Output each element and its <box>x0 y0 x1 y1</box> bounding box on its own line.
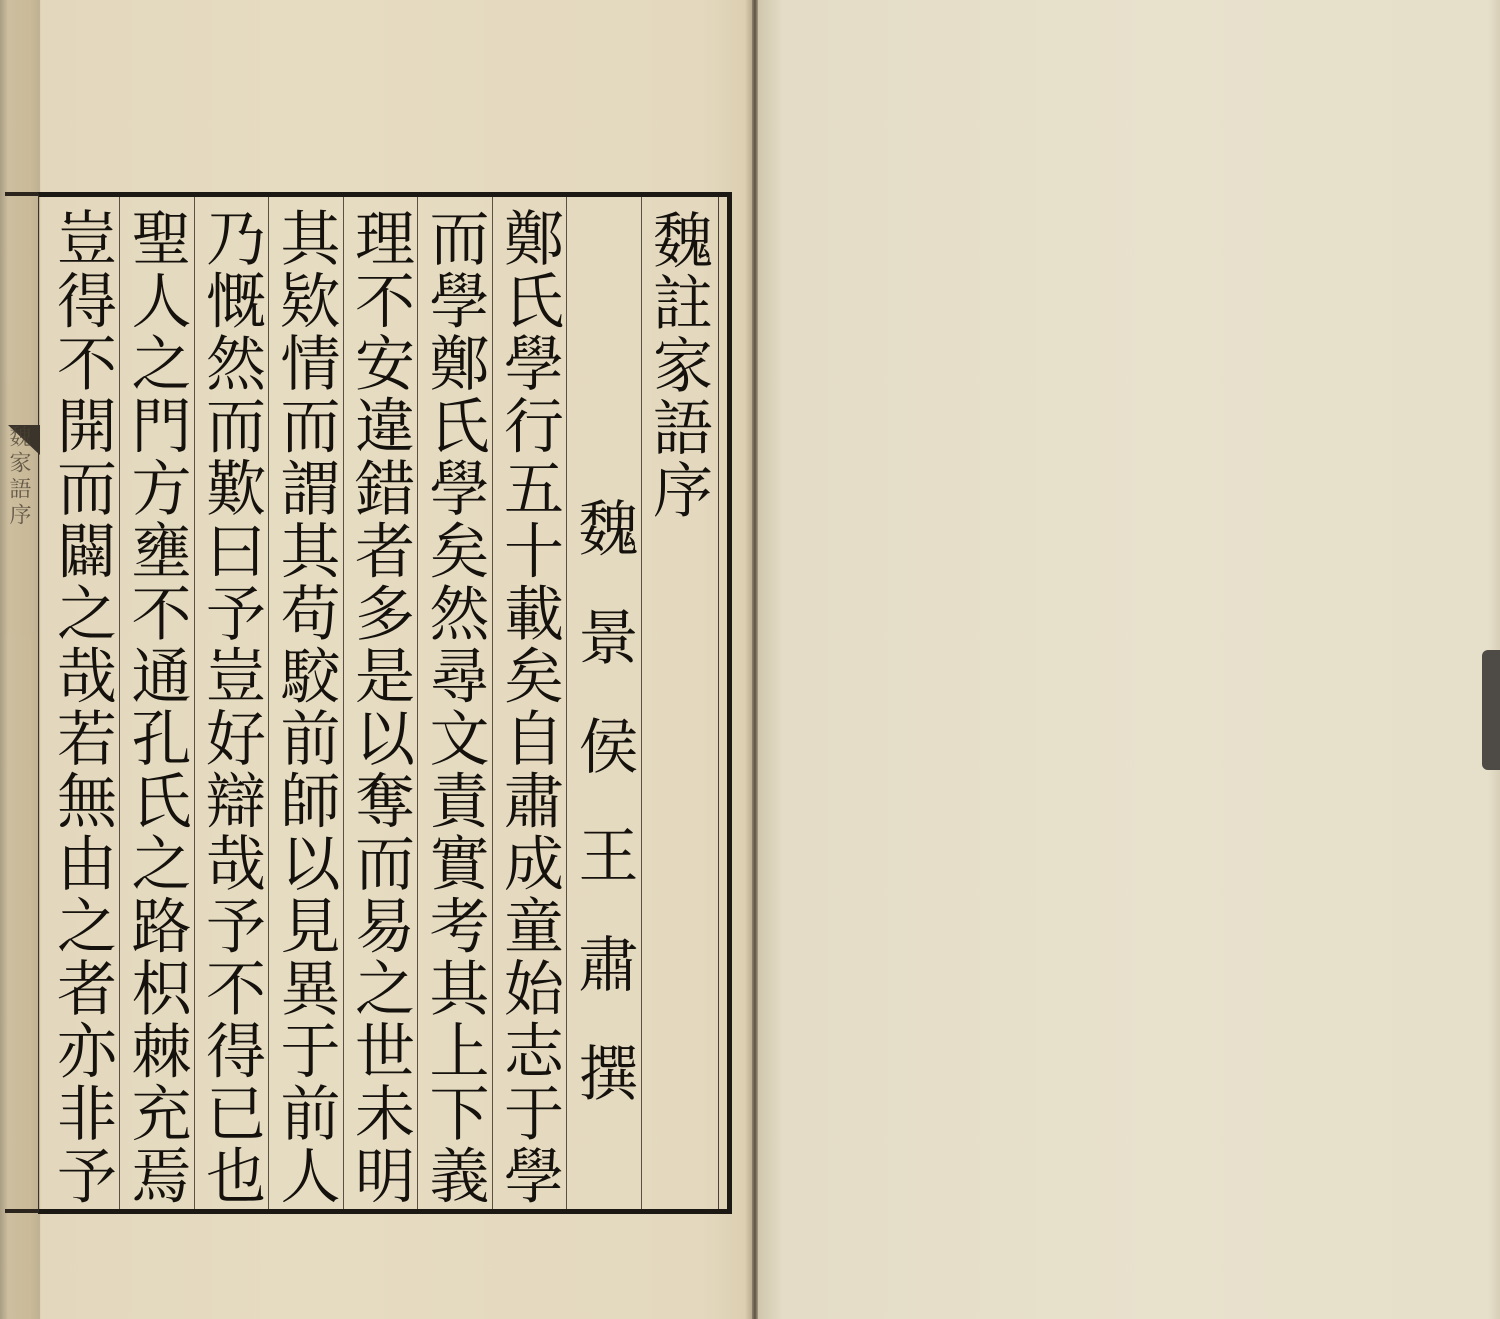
text-column: 其欵情而謂其苟駮前師以見異于前人 <box>269 207 343 1207</box>
spine-label: 魏家語序 <box>6 425 34 529</box>
text-columns: 魏註家語序 魏景侯王肅撰 鄭氏學行五十載矣自肅成童始志于學 而學鄭氏學矣然尋文責… <box>39 197 715 1209</box>
text-column: 聖人之門方壅不通孔氏之路枳棘充焉 <box>120 207 194 1207</box>
preface-title: 魏註家語序 <box>642 209 716 522</box>
text-column: 而學鄭氏學矣然尋文責實考其上下義 <box>418 207 492 1207</box>
frame-inner-rule <box>718 197 719 1209</box>
column-body: 乃慨然而歎曰予豈好辯哉予不得已也 <box>194 197 269 1209</box>
column-body: 鄭氏學行五十載矣自肅成童始志于學 <box>492 197 567 1209</box>
text-column: 乃慨然而歎曰予豈好辯哉予不得已也 <box>195 207 269 1207</box>
page-edge-tear <box>1482 650 1500 770</box>
column-body: 聖人之門方壅不通孔氏之路枳棘充焉 <box>119 197 194 1209</box>
spine-margin: 魏家語序 <box>0 0 40 1319</box>
text-column: 理不安違錯者多是以奪而易之世未明 <box>344 207 418 1207</box>
column-body: 理不安違錯者多是以奪而易之世未明 <box>343 197 418 1209</box>
frame-extension-top <box>5 192 40 196</box>
column-author: 魏景侯王肅撰 <box>566 197 641 1209</box>
book-spread: 魏家語序 魏註家語序 魏景侯王肅撰 鄭氏學行五十載矣自肅成童始志于學 而學鄭氏學… <box>0 0 1500 1319</box>
author-line: 魏景侯王肅撰 <box>567 497 641 1151</box>
text-frame: 魏註家語序 魏景侯王肅撰 鄭氏學行五十載矣自肅成童始志于學 而學鄭氏學矣然尋文責… <box>38 192 732 1214</box>
text-column: 鄭氏學行五十載矣自肅成童始志于學 <box>493 207 567 1207</box>
column-body: 其欵情而謂其苟駮前師以見異于前人 <box>268 197 343 1209</box>
right-page-blank <box>758 0 1500 1319</box>
text-column: 豈得不開而闢之哉若無由之者亦非予 <box>45 207 120 1207</box>
left-page: 魏家語序 魏註家語序 魏景侯王肅撰 鄭氏學行五十載矣自肅成童始志于學 而學鄭氏學… <box>0 0 752 1319</box>
column-body: 豈得不開而闢之哉若無由之者亦非予 <box>45 197 120 1209</box>
column-title: 魏註家語序 <box>641 197 716 1209</box>
frame-extension-bottom <box>5 1209 40 1213</box>
column-body: 而學鄭氏學矣然尋文責實考其上下義 <box>417 197 492 1209</box>
